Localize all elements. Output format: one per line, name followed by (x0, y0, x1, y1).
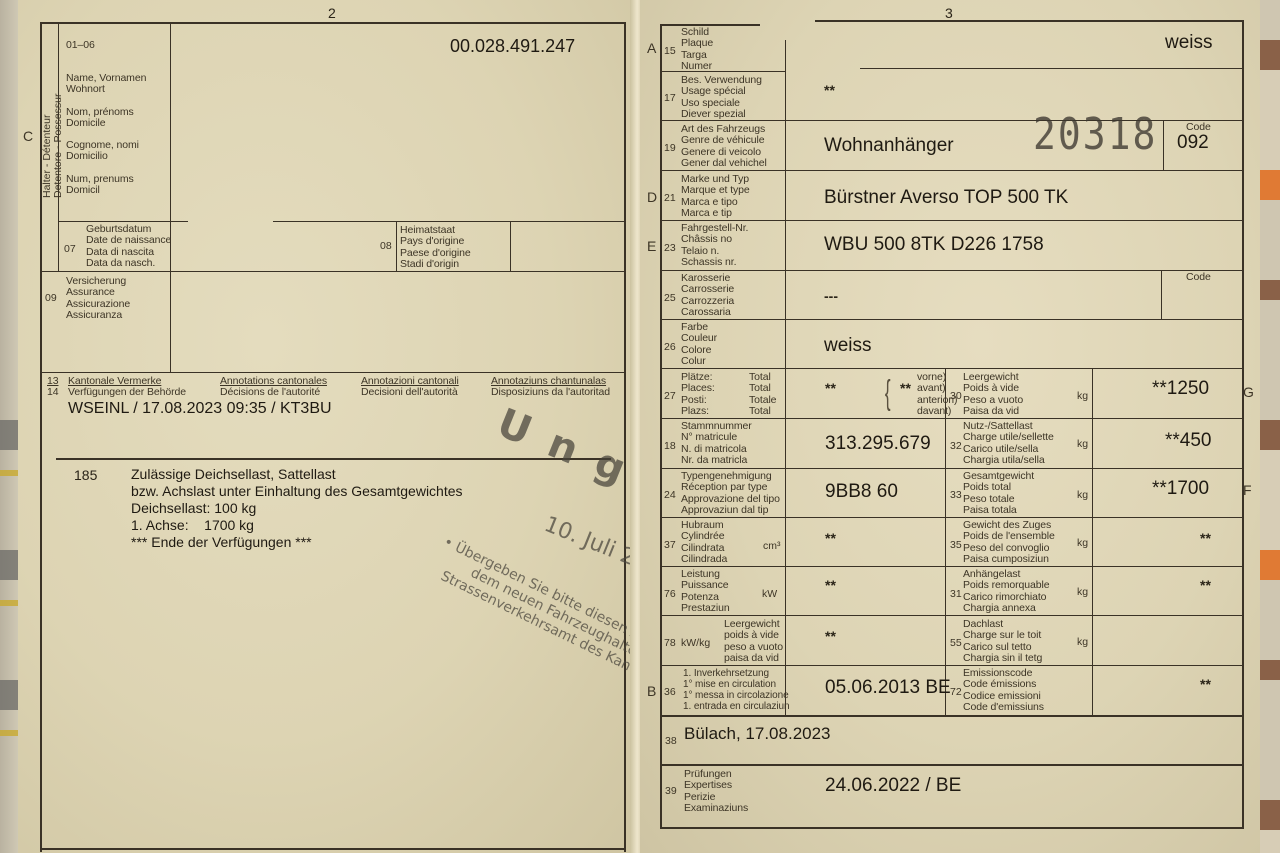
unit: kg (1077, 438, 1088, 450)
holder-code: 01–06 (66, 40, 95, 51)
label: Code émissions (963, 679, 1044, 690)
side-letter-a: A (647, 40, 656, 56)
vehicle-type-labels: Art des Fahrzeugs Genre de véhicule Gene… (681, 124, 767, 169)
side-letter-g-text: G (1243, 384, 1254, 400)
trailer-load-labels: Anhängelast Poids remorquable Carico rim… (963, 569, 1049, 614)
handwritten-number: 20318 (1033, 109, 1157, 160)
field-number-26: 26 (664, 341, 676, 353)
label: Wohnort (66, 84, 146, 95)
label: Charge utile/sellette (963, 432, 1054, 443)
left-page: 2 C Halter - Détenteur Detentore - Posse… (18, 0, 636, 853)
label: Cilindrada (681, 554, 727, 565)
color-labels: Farbe Couleur Colore Colur (681, 322, 717, 367)
label: Examinaziuns (684, 803, 748, 814)
label: Poids à vide (963, 383, 1023, 394)
holder-number-value: 00.028.491.247 (450, 36, 575, 57)
decision-text: Zulässige Deichsellast, Sattellast bzw. … (131, 466, 463, 551)
label: Poids remorquable (963, 580, 1049, 591)
field-number-33: 33 (950, 489, 962, 501)
label: Chargia utila/sella (963, 455, 1054, 466)
rule (660, 24, 662, 829)
seats-total-value: ** (825, 380, 836, 396)
field-number-08: 08 (380, 240, 392, 252)
label: Data da nasch. (86, 258, 171, 269)
rule (660, 468, 1244, 469)
displacement-value: ** (825, 530, 836, 546)
roof-load-labels: Dachlast Charge sur le toit Carico sul t… (963, 619, 1042, 664)
payload-value: **450 (1165, 430, 1212, 452)
side-letter-g: G (1243, 384, 1254, 400)
body-value: --- (824, 288, 838, 304)
label: Poids total (963, 482, 1034, 493)
seats-labels: Plätze: Places: Posti: Plazs: (681, 372, 715, 417)
label: Chargia annexa (963, 603, 1049, 614)
rule (624, 22, 626, 852)
side-letter-c: C (23, 128, 33, 144)
field-number-18: 18 (664, 440, 676, 452)
background-surface-left (0, 390, 18, 790)
unit: kg (1077, 390, 1088, 402)
insurance-labels: Versicherung Assurance Assicurazione Ass… (66, 276, 130, 321)
decision-line: bzw. Achslast unter Einhaltung des Gesam… (131, 483, 463, 500)
unit: cm³ (763, 540, 781, 552)
field-number-14: 14 (47, 387, 58, 398)
power-weight-labels: Leergewicht poids à vide peso a vuoto pa… (724, 619, 783, 664)
rule (660, 270, 1244, 271)
rule (660, 715, 1244, 717)
empty-weight-value: **1250 (1152, 378, 1209, 400)
decision-line: Deichsellast: 100 kg (131, 500, 463, 517)
field-number-30: 30 (950, 390, 962, 402)
field-number-36: 36 (664, 686, 676, 698)
first-registration-labels: 1. Inverkehrsetzung 1° mise en circulati… (683, 668, 789, 712)
label: Paisa da vid (963, 406, 1023, 417)
matriculation-labels: Stammnummer N° matricule N. di matricola… (681, 421, 752, 466)
label: Approvaziun dal tip (681, 505, 780, 516)
label: 1. Inverkehrsetzung (683, 668, 789, 679)
payload-labels: Nutz-/Sattellast Charge utile/sellette C… (963, 421, 1054, 466)
label: Places: (681, 383, 715, 394)
rule (660, 764, 1244, 766)
side-letter-f: F (1243, 482, 1252, 498)
seats-front-value: ** (900, 380, 911, 396)
annotation-header: Décisions de l'autorité (220, 387, 320, 398)
label: Châssis no (681, 234, 748, 245)
matriculation-value: 313.295.679 (825, 433, 931, 455)
rule (660, 368, 1244, 369)
field-number-25: 25 (664, 292, 676, 304)
rule (860, 68, 1244, 69)
inspections-value: 24.06.2022 / BE (825, 775, 961, 797)
label: poids à vide (724, 630, 783, 641)
label: Domicil (66, 185, 146, 196)
rule (660, 665, 1244, 666)
place-date-value: Bülach, 17.08.2023 (684, 724, 831, 744)
decision-line: *** Ende der Verfügungen *** (131, 534, 463, 551)
field-number-24: 24 (664, 489, 676, 501)
rule (396, 221, 397, 271)
special-use-value: ** (824, 82, 835, 98)
field-number-15: 15 (664, 45, 676, 57)
rule (1161, 270, 1162, 319)
label: paisa da vid (724, 653, 783, 664)
field-number-38: 38 (665, 735, 677, 747)
label: Assicuranza (66, 310, 130, 321)
rule (170, 22, 171, 372)
label: Plazs: (681, 406, 715, 417)
make-model-labels: Marke und Typ Marque et type Marca e tip… (681, 174, 750, 219)
field-number-72: 72 (950, 686, 962, 698)
label: Numer (681, 61, 713, 72)
trailer-load-value: ** (1200, 577, 1211, 593)
label: Gener dal vehichel (681, 158, 767, 169)
field-number-76: 76 (664, 588, 676, 600)
label: 1° messa in circolazione (683, 690, 789, 701)
make-model-value: Bürstner Averso TOP 500 TK (824, 187, 1068, 209)
label: Réception par type (681, 482, 780, 493)
power-labels: Leistung Puissance Potenza Prestaziun (681, 569, 730, 614)
side-letter-b: B (647, 683, 656, 699)
rule (510, 221, 511, 271)
rule (1163, 120, 1164, 170)
total-weight-value: **1700 (1152, 478, 1209, 500)
rule (785, 40, 786, 715)
label: Prestaziun (681, 603, 730, 614)
label: Chargia sin il tetg (963, 653, 1042, 664)
chassis-value: WBU 500 8TK D226 1758 (824, 234, 1044, 256)
first-registration-value: 05.06.2013 BE (825, 677, 951, 699)
chassis-labels: Fahrgestell-Nr. Châssis no Telaio n. Sch… (681, 223, 748, 268)
train-weight-value: ** (1200, 530, 1211, 546)
label: 1. entrada en circulaziun (683, 701, 789, 712)
field-number-23: 23 (664, 242, 676, 254)
right-page: 3 A 15 Schild Plaque Targa Numer weiss 1… (640, 0, 1260, 853)
unit: kg (1077, 586, 1088, 598)
rule (40, 848, 625, 850)
plate-labels: Schild Plaque Targa Numer (681, 27, 713, 72)
rule (660, 418, 1244, 419)
vehicle-type-value: Wohnanhänger (824, 135, 954, 157)
label: Usage spécial (681, 86, 762, 97)
field-number-27: 27 (664, 390, 676, 402)
type-approval-value: 9BB8 60 (825, 481, 898, 503)
rule (56, 458, 611, 460)
field-number-21: 21 (664, 192, 676, 204)
origin-labels: Heimatstaat Pays d'origine Paese d'origi… (400, 225, 471, 270)
label: Pays d'origine (400, 236, 471, 247)
rule (40, 372, 625, 373)
decision-code: 185 (74, 467, 97, 483)
unit: kg (1077, 489, 1088, 501)
field-number-39: 39 (665, 785, 677, 797)
label: Diever spezial (681, 109, 762, 120)
rule (945, 368, 946, 715)
label: Total (749, 406, 776, 417)
power-weight-value: ** (825, 628, 836, 644)
field-number-19: 19 (664, 142, 676, 154)
field-number-78: 78 (664, 637, 676, 649)
rule (660, 615, 1244, 616)
decision-line: Zulässige Deichsellast, Sattellast (131, 466, 463, 483)
rule (660, 566, 1244, 567)
field-number-07: 07 (64, 243, 76, 255)
emission-code-value: ** (1200, 676, 1211, 692)
label: Schassis nr. (681, 257, 748, 268)
type-approval-labels: Typengenehmigung Réception par type Appr… (681, 471, 780, 516)
label: Charge sur le toit (963, 630, 1042, 641)
label: Carossaria (681, 307, 734, 318)
rule (40, 22, 625, 24)
rule (58, 221, 188, 222)
label: Total (749, 383, 776, 394)
plate-value: weiss (1165, 32, 1213, 54)
holder-rotated-line2: Detentore - Possessur (53, 94, 64, 198)
brace: { (885, 372, 891, 414)
field-number-09: 09 (45, 292, 57, 304)
unit: kg (1077, 636, 1088, 648)
label: Code d'emissiuns (963, 702, 1044, 713)
train-weight-labels: Gewicht des Zuges Poids de l'ensemble Pe… (963, 520, 1055, 565)
rule (660, 24, 760, 26)
field-number-17: 17 (664, 92, 676, 104)
rule (660, 220, 1244, 221)
label: Paisa totala (963, 505, 1034, 516)
label: Carrosserie (681, 284, 734, 295)
rule (1242, 20, 1244, 829)
rule (660, 170, 1244, 171)
rule (660, 827, 1244, 829)
page-number-right: 3 (945, 5, 953, 21)
rule (660, 319, 1244, 320)
rule (660, 517, 1244, 518)
field-number-35: 35 (950, 539, 962, 551)
label: Marca e tip (681, 208, 750, 219)
label: Stadi d'origin (400, 259, 471, 270)
unit: kW/kg (681, 637, 710, 649)
emission-code-labels: Emissionscode Code émissions Codice emis… (963, 668, 1044, 713)
seats-labels-total: Total Total Totale Total (749, 372, 776, 417)
inspections-labels: Prüfungen Expertises Perizie Examinaziun… (684, 769, 748, 814)
rule (815, 20, 1243, 22)
label: davant) (917, 406, 957, 417)
field-number-37: 37 (664, 539, 676, 551)
label: Poids de l'ensemble (963, 531, 1055, 542)
unit: kg (1077, 537, 1088, 549)
annotation-entry: WSEINL / 17.08.2023 09:35 / KT3BU (68, 400, 332, 418)
field-number-55: 55 (950, 637, 962, 649)
annotation-header: Decisioni dell'autorità (361, 387, 458, 398)
label: Plaque (681, 38, 713, 49)
rule (273, 221, 625, 222)
side-letter-d: D (647, 189, 657, 205)
code-label: Code (1186, 272, 1211, 283)
body-labels: Karosserie Carrosserie Carrozzeria Caros… (681, 273, 734, 318)
side-letter-e: E (647, 238, 656, 254)
label: Colur (681, 356, 717, 367)
unit: kW (762, 588, 777, 600)
label: N° matricule (681, 432, 752, 443)
label: Paisa cumposiziun (963, 554, 1055, 565)
empty-weight-labels: Leergewicht Poids à vide Peso a vuoto Pa… (963, 372, 1023, 417)
holder-labels: Name, Vornamen Wohnort Nom, prénoms Domi… (66, 73, 146, 196)
label: Genre de véhicule (681, 135, 767, 146)
displacement-labels: Hubraum Cylindrée Cilindrata Cilindrada (681, 520, 727, 565)
annotation-header: Verfügungen der Behörde (68, 387, 186, 398)
power-value: ** (825, 577, 836, 593)
label: Date de naissance (86, 235, 171, 246)
rule (1092, 368, 1093, 715)
decision-line: 1. Achse: 1700 kg (131, 517, 463, 534)
special-use-labels: Bes. Verwendung Usage spécial Uso specia… (681, 75, 762, 120)
label: Domicile (66, 118, 146, 129)
total-weight-labels: Gesamtgewicht Poids total Peso totale Pa… (963, 471, 1034, 516)
birthdate-labels: Geburtsdatum Date de naissance Data di n… (86, 224, 171, 269)
rule (660, 71, 785, 72)
label: Puissance (681, 580, 730, 591)
vehicle-type-code: 092 (1177, 132, 1209, 154)
rule (40, 271, 625, 272)
annotation-header: Disposiziuns da l'autoritad (491, 387, 610, 398)
label: Couleur (681, 333, 717, 344)
field-number-31: 31 (950, 588, 962, 600)
label: Expertises (684, 780, 748, 791)
label: Marque et type (681, 185, 750, 196)
field-number-32: 32 (950, 440, 962, 452)
label: Domicilio (66, 151, 146, 162)
label: Nr. da matricla (681, 455, 752, 466)
background-surface-right (1258, 0, 1280, 853)
label: 1° mise en circulation (683, 679, 789, 690)
color-value: weiss (824, 335, 872, 357)
label: Assurance (66, 287, 130, 298)
holder-rotated-label: Halter - Détenteur Detentore - Possessur (42, 94, 64, 198)
page-number-left: 2 (328, 5, 336, 21)
label: Cylindrée (681, 531, 727, 542)
